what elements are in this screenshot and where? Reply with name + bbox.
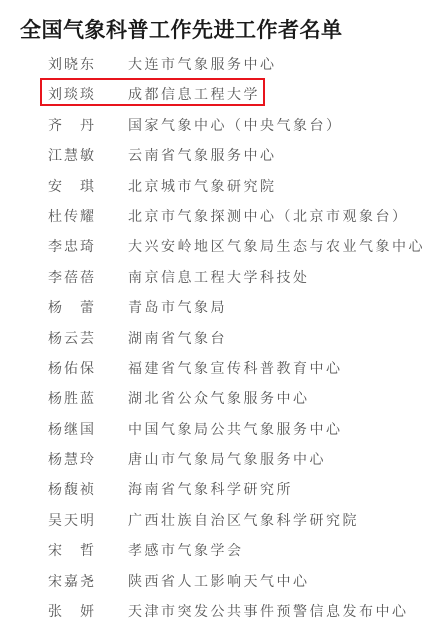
list-item: 杜传耀北京市气象探测中心（北京市观象台） (0, 200, 445, 230)
person-name: 杨慧玲 (48, 449, 96, 469)
organization: 中国气象局公共气象服务中心 (128, 419, 343, 439)
organization: 北京城市气象研究院 (128, 176, 277, 196)
person-name: 宋 哲 (48, 540, 96, 560)
document-title: 全国气象科普工作先进工作者名单 (20, 14, 343, 44)
organization: 成都信息工程大学 (128, 84, 260, 104)
list-item: 杨馥祯海南省气象科学研究所 (0, 473, 445, 503)
organization: 南京信息工程大学科技处 (128, 267, 310, 287)
organization: 广西壮族自治区气象科学研究院 (128, 510, 359, 530)
organization: 福建省气象宣传科普教育中心 (128, 358, 343, 378)
list-item: 杨佑保福建省气象宣传科普教育中心 (0, 352, 445, 382)
organization: 国家气象中心（中央气象台） (128, 115, 343, 135)
list-item: 杨胜蓝湖北省公众气象服务中心 (0, 382, 445, 412)
list-item: 杨 蕾青岛市气象局 (0, 291, 445, 321)
person-name: 杜传耀 (48, 206, 96, 226)
list-item: 杨云芸湖南省气象台 (0, 322, 445, 352)
organization: 湖北省公众气象服务中心 (128, 388, 310, 408)
list-item: 宋嘉尧陕西省人工影响天气中心 (0, 565, 445, 595)
organization: 唐山市气象局气象服务中心 (128, 449, 326, 469)
awardee-list: 刘晓东大连市气象服务中心 刘琰琰成都信息工程大学 齐 丹国家气象中心（中央气象台… (0, 48, 445, 625)
person-name: 张 妍 (48, 601, 96, 621)
person-name: 安 琪 (48, 176, 96, 196)
person-name: 杨胜蓝 (48, 388, 96, 408)
person-name: 杨继国 (48, 419, 96, 439)
list-item: 吴天明广西壮族自治区气象科学研究院 (0, 504, 445, 534)
organization: 天津市突发公共事件预警信息发布中心 (128, 601, 409, 621)
person-name: 李忠琦 (48, 236, 96, 256)
list-item: 刘晓东大连市气象服务中心 (0, 48, 445, 78)
person-name: 杨 蕾 (48, 297, 96, 317)
organization: 大连市气象服务中心 (128, 54, 277, 74)
list-item-highlighted: 刘琰琰成都信息工程大学 (0, 78, 445, 108)
organization: 青岛市气象局 (128, 297, 227, 317)
organization: 大兴安岭地区气象局生态与农业气象中心 (128, 236, 425, 256)
list-item: 江慧敏云南省气象服务中心 (0, 139, 445, 169)
person-name: 吴天明 (48, 510, 96, 530)
list-item: 宋 哲孝感市气象学会 (0, 534, 445, 564)
organization: 北京市气象探测中心（北京市观象台） (128, 206, 409, 226)
list-item: 安 琪北京城市气象研究院 (0, 170, 445, 200)
list-item: 杨慧玲唐山市气象局气象服务中心 (0, 443, 445, 473)
person-name: 刘晓东 (48, 54, 96, 74)
organization: 陕西省人工影响天气中心 (128, 571, 310, 591)
person-name: 齐 丹 (48, 115, 96, 135)
list-item: 张 妍天津市突发公共事件预警信息发布中心 (0, 595, 445, 625)
list-item: 李忠琦大兴安岭地区气象局生态与农业气象中心 (0, 230, 445, 260)
list-item: 齐 丹国家气象中心（中央气象台） (0, 109, 445, 139)
person-name: 杨云芸 (48, 328, 96, 348)
list-item: 李蓓蓓南京信息工程大学科技处 (0, 261, 445, 291)
person-name: 李蓓蓓 (48, 267, 96, 287)
organization: 湖南省气象台 (128, 328, 227, 348)
person-name: 刘琰琰 (48, 84, 96, 104)
person-name: 宋嘉尧 (48, 571, 96, 591)
person-name: 江慧敏 (48, 145, 96, 165)
organization: 孝感市气象学会 (128, 540, 244, 560)
organization: 云南省气象服务中心 (128, 145, 277, 165)
person-name: 杨佑保 (48, 358, 96, 378)
person-name: 杨馥祯 (48, 479, 96, 499)
list-item: 杨继国中国气象局公共气象服务中心 (0, 413, 445, 443)
organization: 海南省气象科学研究所 (128, 479, 293, 499)
